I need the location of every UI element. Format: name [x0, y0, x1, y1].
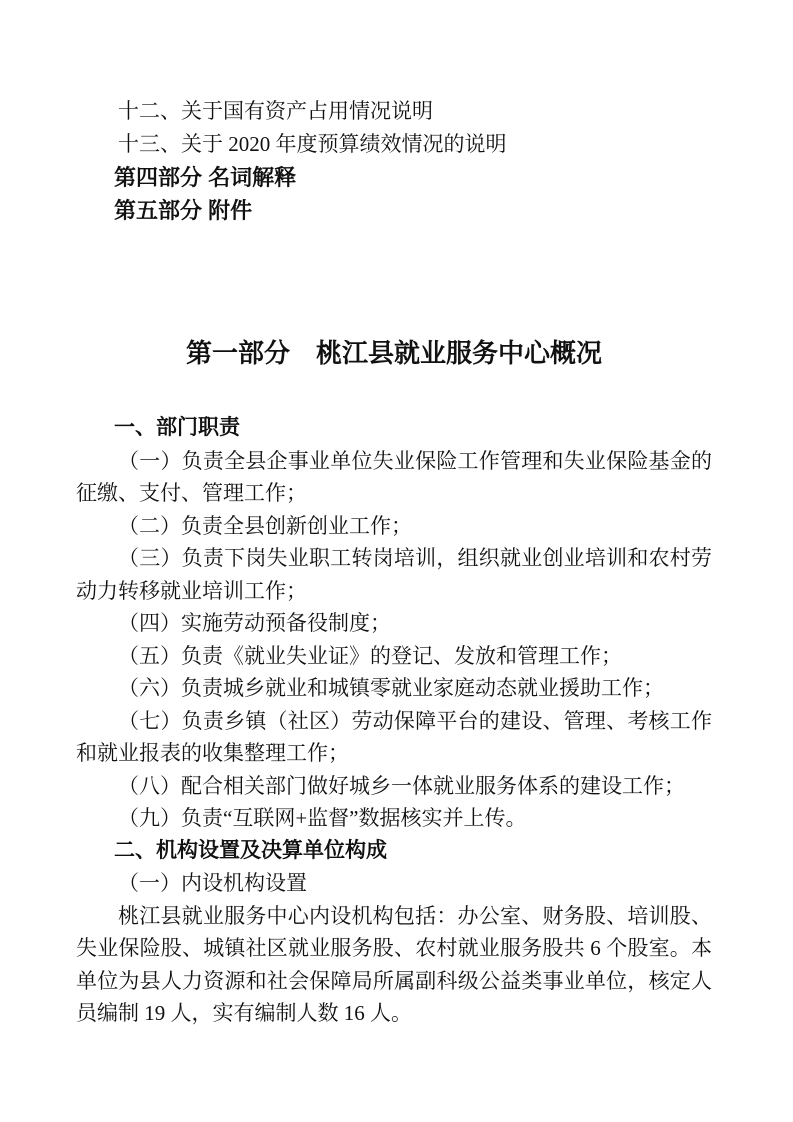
- body-line: （七）负责乡镇（社区）劳动保障平台的建设、管理、考核工作: [76, 705, 712, 738]
- body-line: （九）负责“互联网+监督”数据核实并上传。: [76, 802, 712, 835]
- body-line: （六）负责城乡就业和城镇零就业家庭动态就业援助工作；: [76, 672, 712, 705]
- body-line: 员编制 19 人，实有编制人数 16 人。: [76, 997, 712, 1030]
- body-line: 失业保险股、城镇社区就业服务股、农村就业服务股共 6 个股室。本: [76, 932, 712, 965]
- toc-fragment: 十二、关于国有资产占用情况说明 十三、关于 2020 年度预算绩效情况的说明 第…: [76, 0, 712, 227]
- document-page: 十二、关于国有资产占用情况说明 十三、关于 2020 年度预算绩效情况的说明 第…: [0, 0, 793, 1122]
- body-line: 征缴、支付、管理工作；: [76, 477, 712, 510]
- body-line: 和就业报表的收集整理工作；: [76, 737, 712, 770]
- body-text: 一、部门职责 （一）负责全县企事业单位失业保险工作管理和失业保险基金的 征缴、支…: [76, 412, 712, 1030]
- subsection-heading-structure: 二、机构设置及决算单位构成: [76, 835, 712, 868]
- body-line: 单位为县人力资源和社会保障局所属副科级公益类事业单位，核定人: [76, 965, 712, 998]
- subsection-heading-duties: 一、部门职责: [76, 412, 712, 445]
- body-line: （八）配合相关部门做好城乡一体就业服务体系的建设工作；: [76, 770, 712, 803]
- body-line: （一）内设机构设置: [76, 867, 712, 900]
- body-line: 桃江县就业服务中心内设机构包括：办公室、财务股、培训股、: [76, 900, 712, 933]
- body-line: （五）负责《就业失业证》的登记、发放和管理工作；: [76, 640, 712, 673]
- body-line: （三）负责下岗失业职工转岗培训，组织就业创业培训和农村劳: [76, 542, 712, 575]
- body-line: （一）负责全县企事业单位失业保险工作管理和失业保险基金的: [76, 445, 712, 478]
- body-line: （二）负责全县创新创业工作；: [76, 510, 712, 543]
- body-line: （四）实施劳动预备役制度；: [76, 607, 712, 640]
- text-block: 十二、关于国有资产占用情况说明 十三、关于 2020 年度预算绩效情况的说明 第…: [76, 0, 712, 1030]
- body-line: 动力转移就业培训工作；: [76, 575, 712, 608]
- toc-item-part-five: 第五部分 附件: [76, 194, 712, 227]
- toc-item-part-four: 第四部分 名词解释: [76, 161, 712, 194]
- section-title: 第一部分 桃江县就业服务中心概况: [76, 333, 712, 373]
- toc-item: 十三、关于 2020 年度预算绩效情况的说明: [76, 128, 712, 161]
- toc-item: 十二、关于国有资产占用情况说明: [76, 95, 712, 128]
